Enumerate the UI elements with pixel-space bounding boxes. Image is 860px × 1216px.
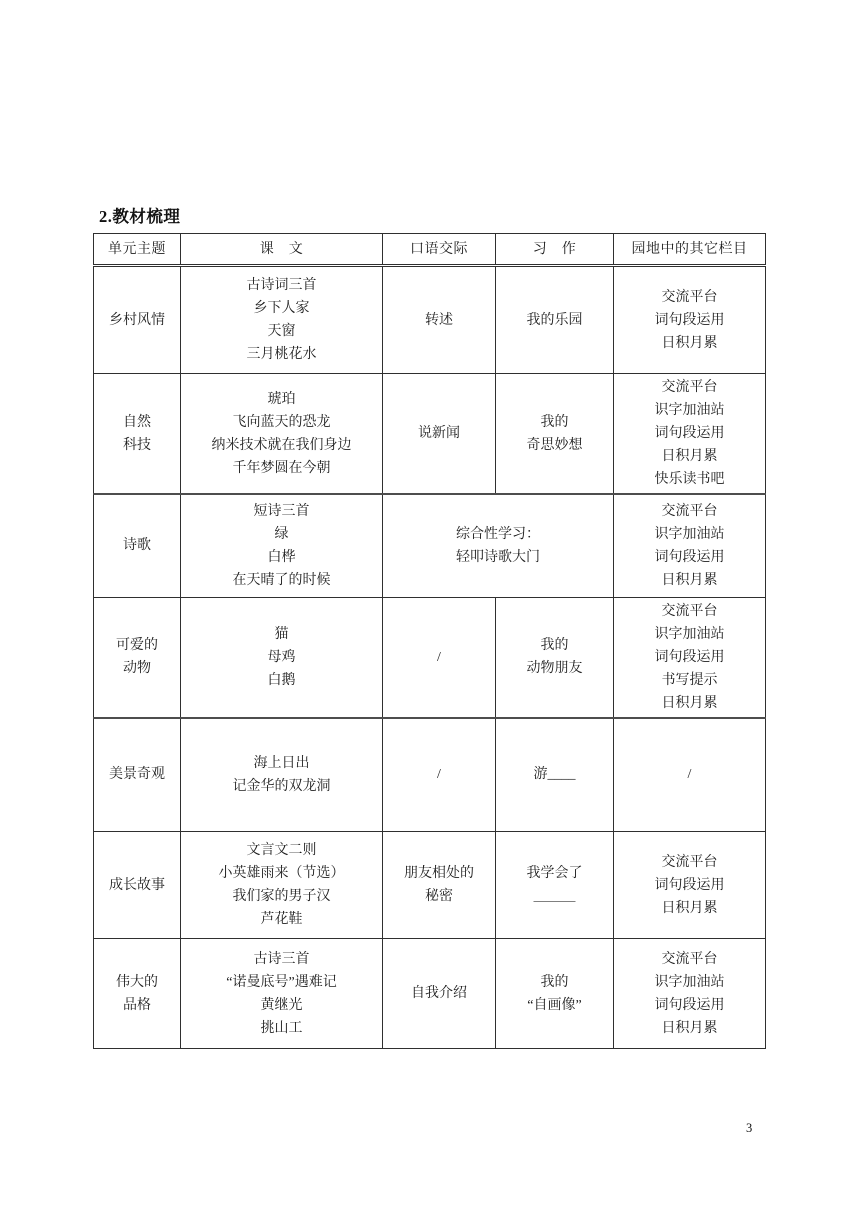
texts-cell: 古诗三首“诺曼底号”遇难记黄继光挑山工 (181, 939, 383, 1049)
cell-line: 词句段运用 (618, 546, 761, 569)
cell-line: 自我介绍 (387, 982, 491, 1005)
texts-cell: 海上日出记金华的双龙洞 (181, 718, 383, 832)
cell-line: 奇思妙想 (500, 434, 609, 457)
table-row: 乡村风情古诗词三首乡下人家天窗三月桃花水转述我的乐园交流平台词句段运用日积月累 (94, 266, 766, 374)
cell-line: 识字加油站 (618, 623, 761, 646)
cell-line: 古诗三首 (185, 948, 378, 971)
cell-line: 乡村风情 (98, 309, 176, 332)
cell-line: 品格 (98, 994, 176, 1017)
cell-line: 秘密 (387, 885, 491, 908)
table-row: 诗歌短诗三首绿白桦在天晴了的时候综合性学习：轻叩诗歌大门交流平台识字加油站词句段… (94, 494, 766, 597)
texts-cell: 文言文二则小英雄雨来（节选）我们家的男子汉芦花鞋 (181, 832, 383, 939)
cell-line: 说新闻 (387, 422, 491, 445)
garden-columns-cell: 交流平台识字加油站词句段运用日积月累 (614, 494, 766, 597)
cell-line: 记金华的双龙洞 (185, 775, 378, 798)
cell-line: 识字加油站 (618, 523, 761, 546)
cell-line: 朋友相处的 (387, 862, 491, 885)
writing-cell: 游____ (496, 718, 614, 832)
cell-line: 动物 (98, 657, 176, 680)
cell-line: 短诗三首 (185, 500, 378, 523)
garden-columns-cell: 交流平台词句段运用日积月累 (614, 832, 766, 939)
cell-line: 海上日出 (185, 752, 378, 775)
table-body: 乡村风情古诗词三首乡下人家天窗三月桃花水转述我的乐园交流平台词句段运用日积月累自… (94, 266, 766, 1049)
cell-line: 我的 (500, 634, 609, 657)
cell-line: 千年梦圆在今朝 (185, 457, 378, 480)
cell-line: 美景奇观 (98, 763, 176, 786)
page-number: 3 (746, 1121, 752, 1136)
cell-line: 我的乐园 (500, 309, 609, 332)
oral-communication-cell: / (383, 718, 496, 832)
writing-cell: 我的乐园 (496, 266, 614, 374)
cell-line: / (387, 646, 491, 669)
cell-line: 伟大的 (98, 971, 176, 994)
cell-line: 我学会了 (500, 862, 609, 885)
cell-line: 我们家的男子汉 (185, 885, 378, 908)
cell-line: 动物朋友 (500, 657, 609, 680)
writing-cell: 我的动物朋友 (496, 597, 614, 718)
header-row: 单元主题课 文口语交际习 作园地中的其它栏目 (94, 234, 766, 266)
cell-line: 母鸡 (185, 646, 378, 669)
table-row: 美景奇观海上日出记金华的双龙洞/游____/ (94, 718, 766, 832)
unit-theme-cell: 可爱的动物 (94, 597, 181, 718)
cell-line: 文言文二则 (185, 839, 378, 862)
cell-line: 琥珀 (185, 388, 378, 411)
cell-line: 我的 (500, 971, 609, 994)
column-header: 习 作 (496, 234, 614, 266)
cell-line: 词句段运用 (618, 309, 761, 332)
cell-line: 交流平台 (618, 500, 761, 523)
texts-cell: 猫母鸡白鹅 (181, 597, 383, 718)
unit-theme-cell: 自然科技 (94, 374, 181, 495)
garden-columns-cell: 交流平台识字加油站词句段运用日积月累 (614, 939, 766, 1049)
writing-cell: 我的“自画像” (496, 939, 614, 1049)
cell-line: 猫 (185, 623, 378, 646)
cell-line: 古诗词三首 (185, 274, 378, 297)
writing-cell: 我的奇思妙想 (496, 374, 614, 495)
oral-communication-cell: / (383, 597, 496, 718)
cell-line: 日积月累 (618, 1017, 761, 1040)
cell-line: 绿 (185, 523, 378, 546)
cell-line: 日积月累 (618, 332, 761, 355)
cell-line: / (387, 763, 491, 786)
section-heading: 2.教材梳理 (99, 203, 180, 227)
table-row: 自然科技琥珀飞向蓝天的恐龙纳米技术就在我们身边千年梦圆在今朝说新闻我的奇思妙想交… (94, 374, 766, 495)
column-header: 单元主题 (94, 234, 181, 266)
cell-line: 在天晴了的时候 (185, 569, 378, 592)
cell-line: / (618, 763, 761, 786)
cell-line: 成长故事 (98, 874, 176, 897)
column-header: 园地中的其它栏目 (614, 234, 766, 266)
table-row: 成长故事文言文二则小英雄雨来（节选）我们家的男子汉芦花鞋朋友相处的秘密我学会了＿… (94, 832, 766, 939)
cell-line: 芦花鞋 (185, 908, 378, 931)
cell-line: 综合性学习： (387, 523, 609, 546)
garden-columns-cell: 交流平台识字加油站词句段运用日积月累快乐读书吧 (614, 374, 766, 495)
document-page: 2.教材梳理 单元主题课 文口语交际习 作园地中的其它栏目 乡村风情古诗词三首乡… (0, 0, 860, 1216)
cell-line: 乡下人家 (185, 297, 378, 320)
cell-line: 小英雄雨来（节选） (185, 862, 378, 885)
cell-line: 我的 (500, 411, 609, 434)
writing-cell: 我学会了＿＿＿ (496, 832, 614, 939)
cell-line: 可爱的 (98, 634, 176, 657)
texts-cell: 琥珀飞向蓝天的恐龙纳米技术就在我们身边千年梦圆在今朝 (181, 374, 383, 495)
cell-line: 识字加油站 (618, 399, 761, 422)
cell-line: 交流平台 (618, 948, 761, 971)
garden-columns-cell: 交流平台识字加油站词句段运用书写提示日积月累 (614, 597, 766, 718)
column-header: 课 文 (181, 234, 383, 266)
cell-line: 轻叩诗歌大门 (387, 546, 609, 569)
cell-line: 天窗 (185, 320, 378, 343)
cell-line: 日积月累 (618, 569, 761, 592)
cell-line: 转述 (387, 309, 491, 332)
cell-line: 纳米技术就在我们身边 (185, 434, 378, 457)
column-header: 口语交际 (383, 234, 496, 266)
table-row: 伟大的品格古诗三首“诺曼底号”遇难记黄继光挑山工自我介绍我的“自画像”交流平台识… (94, 939, 766, 1049)
cell-line: 日积月累 (618, 897, 761, 920)
garden-columns-cell: 交流平台词句段运用日积月累 (614, 266, 766, 374)
cell-line: 交流平台 (618, 851, 761, 874)
cell-line: 交流平台 (618, 286, 761, 309)
oral-communication-cell: 自我介绍 (383, 939, 496, 1049)
unit-theme-cell: 乡村风情 (94, 266, 181, 374)
cell-line: 黄继光 (185, 994, 378, 1017)
cell-line: 识字加油站 (618, 971, 761, 994)
cell-line: 游____ (500, 763, 609, 786)
unit-theme-cell: 伟大的品格 (94, 939, 181, 1049)
cell-line: 书写提示 (618, 669, 761, 692)
cell-line: “诺曼底号”遇难记 (185, 971, 378, 994)
cell-line: ＿＿＿ (500, 885, 609, 908)
merged-oral-writing-cell: 综合性学习：轻叩诗歌大门 (383, 494, 614, 597)
unit-theme-cell: 诗歌 (94, 494, 181, 597)
cell-line: 飞向蓝天的恐龙 (185, 411, 378, 434)
oral-communication-cell: 朋友相处的秘密 (383, 832, 496, 939)
oral-communication-cell: 转述 (383, 266, 496, 374)
cell-line: 词句段运用 (618, 874, 761, 897)
cell-line: 交流平台 (618, 376, 761, 399)
cell-line: 诗歌 (98, 534, 176, 557)
unit-theme-cell: 成长故事 (94, 832, 181, 939)
table-row: 可爱的动物猫母鸡白鹅/我的动物朋友交流平台识字加油站词句段运用书写提示日积月累 (94, 597, 766, 718)
cell-line: 白桦 (185, 546, 378, 569)
cell-line: 词句段运用 (618, 994, 761, 1017)
cell-line: 日积月累 (618, 692, 761, 715)
cell-line: 词句段运用 (618, 646, 761, 669)
cell-line: 三月桃花水 (185, 343, 378, 366)
table-header: 单元主题课 文口语交际习 作园地中的其它栏目 (94, 234, 766, 266)
cell-line: 快乐读书吧 (618, 468, 761, 491)
cell-line: 词句段运用 (618, 422, 761, 445)
cell-line: 自然 (98, 411, 176, 434)
texts-cell: 古诗词三首乡下人家天窗三月桃花水 (181, 266, 383, 374)
cell-line: 挑山工 (185, 1017, 378, 1040)
oral-communication-cell: 说新闻 (383, 374, 496, 495)
cell-line: “自画像” (500, 994, 609, 1017)
texts-cell: 短诗三首绿白桦在天晴了的时候 (181, 494, 383, 597)
unit-theme-cell: 美景奇观 (94, 718, 181, 832)
cell-line: 白鹅 (185, 669, 378, 692)
curriculum-table: 单元主题课 文口语交际习 作园地中的其它栏目 乡村风情古诗词三首乡下人家天窗三月… (93, 233, 766, 1049)
cell-line: 科技 (98, 434, 176, 457)
garden-columns-cell: / (614, 718, 766, 832)
cell-line: 交流平台 (618, 600, 761, 623)
cell-line: 日积月累 (618, 445, 761, 468)
